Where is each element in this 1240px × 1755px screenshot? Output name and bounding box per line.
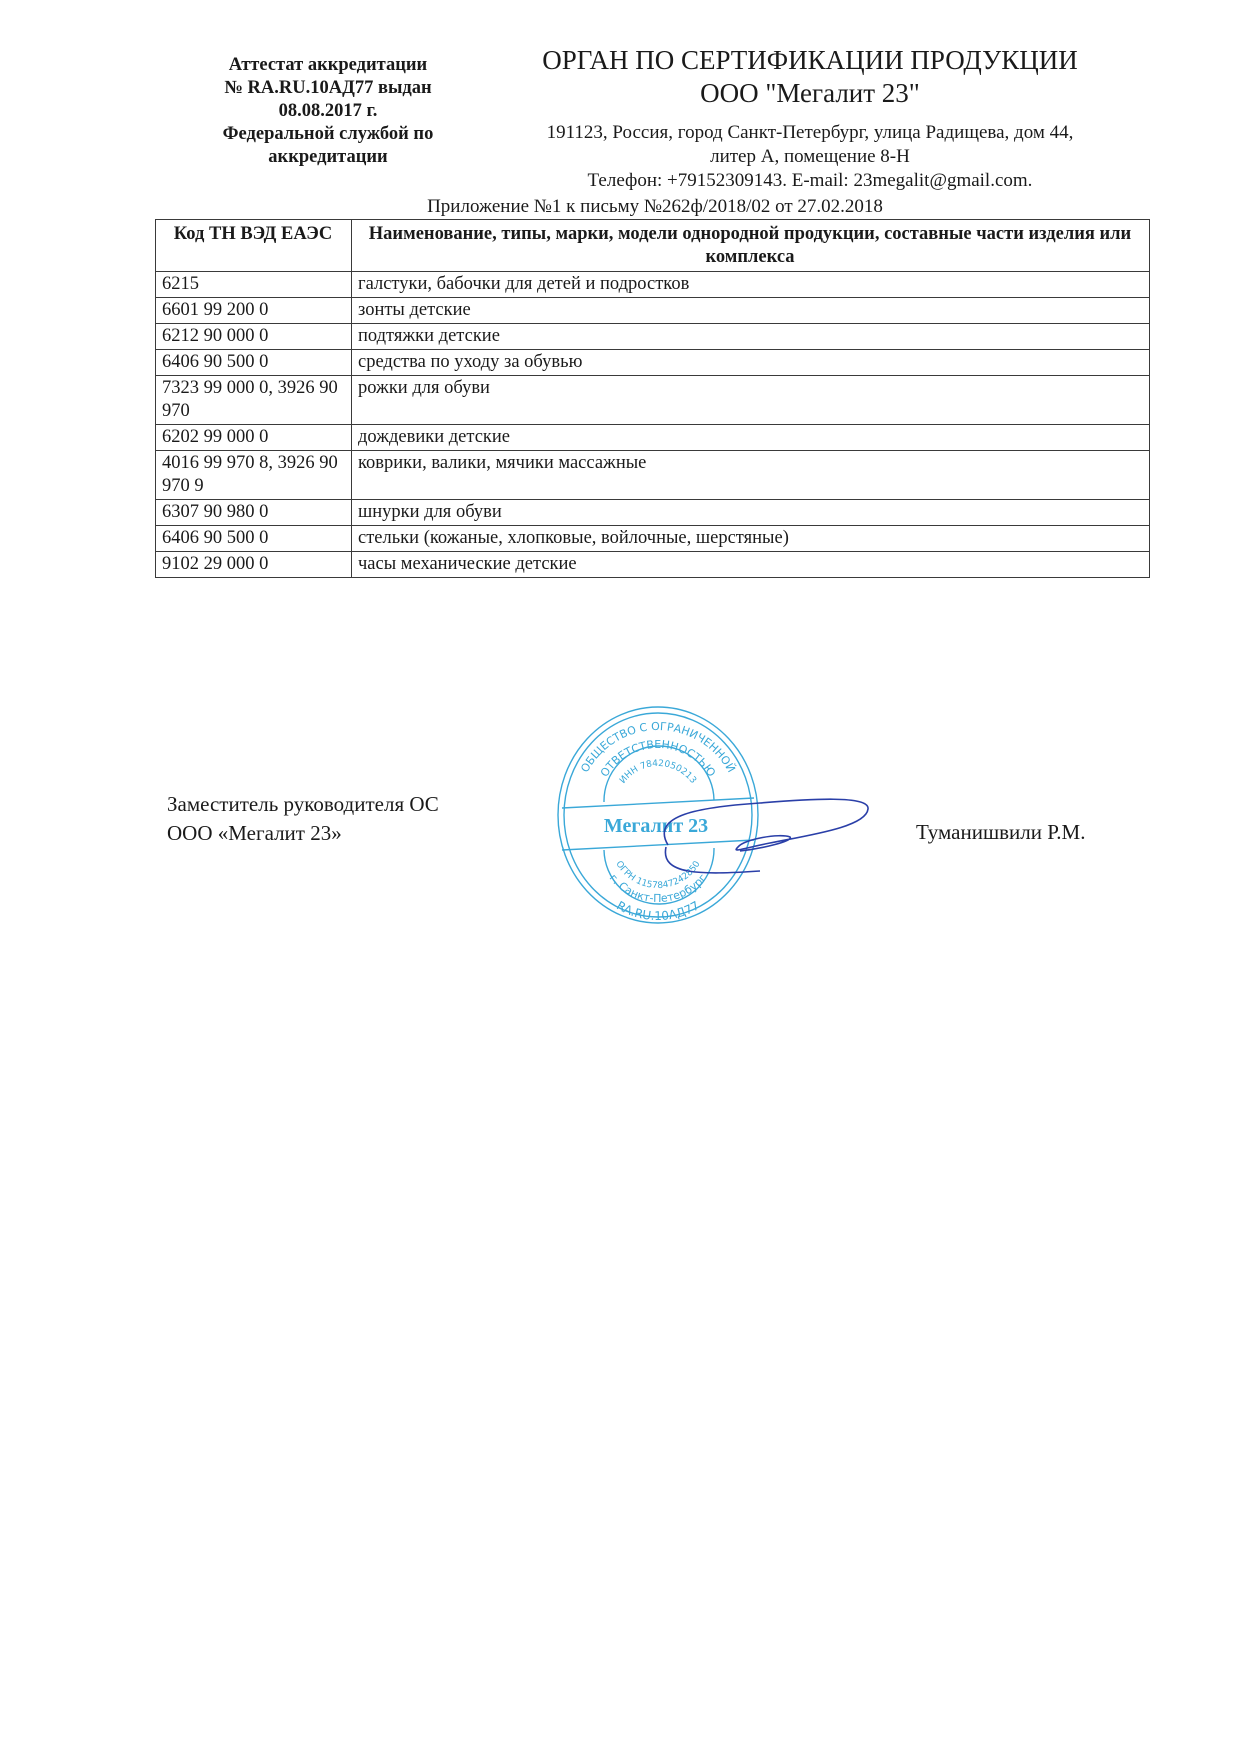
org-title-line2: ООО "Мегалит 23" bbox=[480, 77, 1140, 110]
accreditation-line: Аттестат аккредитации bbox=[183, 54, 473, 77]
signature-scribble-icon bbox=[640, 775, 880, 885]
cell-code: 6202 99 000 0 bbox=[156, 425, 352, 451]
cell-code: 7323 99 000 0, 3926 90 970 bbox=[156, 376, 352, 425]
contacts-line: Телефон: +79152309143. E-mail: 23megalit… bbox=[480, 169, 1140, 193]
org-title-line1: ОРГАН ПО СЕРТИФИКАЦИИ ПРОДУКЦИИ bbox=[480, 44, 1140, 77]
cell-code: 6406 90 500 0 bbox=[156, 350, 352, 376]
cell-name: стельки (кожаные, хлопковые, войлочные, … bbox=[352, 526, 1150, 552]
table-row: 9102 29 000 0часы механические детские bbox=[156, 552, 1150, 578]
signature-position: Заместитель руководителя ОС ООО «Мегалит… bbox=[167, 790, 439, 848]
products-table: Код ТН ВЭД ЕАЭС Наименование, типы, марк… bbox=[155, 219, 1150, 578]
cell-name: дождевики детские bbox=[352, 425, 1150, 451]
organization-address: 191123, Россия, город Санкт-Петербург, у… bbox=[480, 121, 1140, 193]
table-row: 4016 99 970 8, 3926 90 970 9коврики, вал… bbox=[156, 451, 1150, 500]
header-code: Код ТН ВЭД ЕАЭС bbox=[156, 220, 352, 272]
appendix-title: Приложение №1 к письму №262ф/2018/02 от … bbox=[155, 196, 1155, 218]
table-row: 6601 99 200 0зонты детские bbox=[156, 298, 1150, 324]
header-name: Наименование, типы, марки, модели одноро… bbox=[352, 220, 1150, 272]
cell-name: подтяжки детские bbox=[352, 324, 1150, 350]
table-row: 6307 90 980 0шнурки для обуви bbox=[156, 500, 1150, 526]
address-line2: литер А, помещение 8-Н bbox=[480, 145, 1140, 169]
cell-name: рожки для обуви bbox=[352, 376, 1150, 425]
cell-name: галстуки, бабочки для детей и подростков bbox=[352, 272, 1150, 298]
handwritten-signature bbox=[640, 775, 880, 885]
table-row: 6202 99 000 0дождевики детские bbox=[156, 425, 1150, 451]
accreditation-block: Аттестат аккредитации № RA.RU.10АД77 выд… bbox=[183, 54, 473, 169]
table-row: 6212 90 000 0подтяжки детские bbox=[156, 324, 1150, 350]
organization-title: ОРГАН ПО СЕРТИФИКАЦИИ ПРОДУКЦИИ ООО "Мег… bbox=[480, 44, 1140, 110]
accreditation-line: № RA.RU.10АД77 выдан bbox=[183, 77, 473, 100]
cell-code: 6215 bbox=[156, 272, 352, 298]
table-row: 7323 99 000 0, 3926 90 970рожки для обув… bbox=[156, 376, 1150, 425]
cell-name: коврики, валики, мячики массажные bbox=[352, 451, 1150, 500]
cell-name: часы механические детские bbox=[352, 552, 1150, 578]
cell-code: 6406 90 500 0 bbox=[156, 526, 352, 552]
table-row: 6406 90 500 0стельки (кожаные, хлопковые… bbox=[156, 526, 1150, 552]
cell-code: 6212 90 000 0 bbox=[156, 324, 352, 350]
position-line2: ООО «Мегалит 23» bbox=[167, 819, 439, 848]
cell-code: 4016 99 970 8, 3926 90 970 9 bbox=[156, 451, 352, 500]
cell-name: зонты детские bbox=[352, 298, 1150, 324]
cell-code: 6601 99 200 0 bbox=[156, 298, 352, 324]
accreditation-line: аккредитации bbox=[183, 146, 473, 169]
accreditation-line: Федеральной службой по bbox=[183, 123, 473, 146]
table-header-row: Код ТН ВЭД ЕАЭС Наименование, типы, марк… bbox=[156, 220, 1150, 272]
address-line1: 191123, Россия, город Санкт-Петербург, у… bbox=[480, 121, 1140, 145]
cell-code: 6307 90 980 0 bbox=[156, 500, 352, 526]
table-row: 6215галстуки, бабочки для детей и подрос… bbox=[156, 272, 1150, 298]
table-body: 6215галстуки, бабочки для детей и подрос… bbox=[156, 272, 1150, 578]
position-line1: Заместитель руководителя ОС bbox=[167, 790, 439, 819]
table-row: 6406 90 500 0средства по уходу за обувью bbox=[156, 350, 1150, 376]
accreditation-line: 08.08.2017 г. bbox=[183, 100, 473, 123]
cell-name: средства по уходу за обувью bbox=[352, 350, 1150, 376]
cell-name: шнурки для обуви bbox=[352, 500, 1150, 526]
cell-code: 9102 29 000 0 bbox=[156, 552, 352, 578]
signer-name: Туманишвили Р.М. bbox=[916, 818, 1085, 847]
